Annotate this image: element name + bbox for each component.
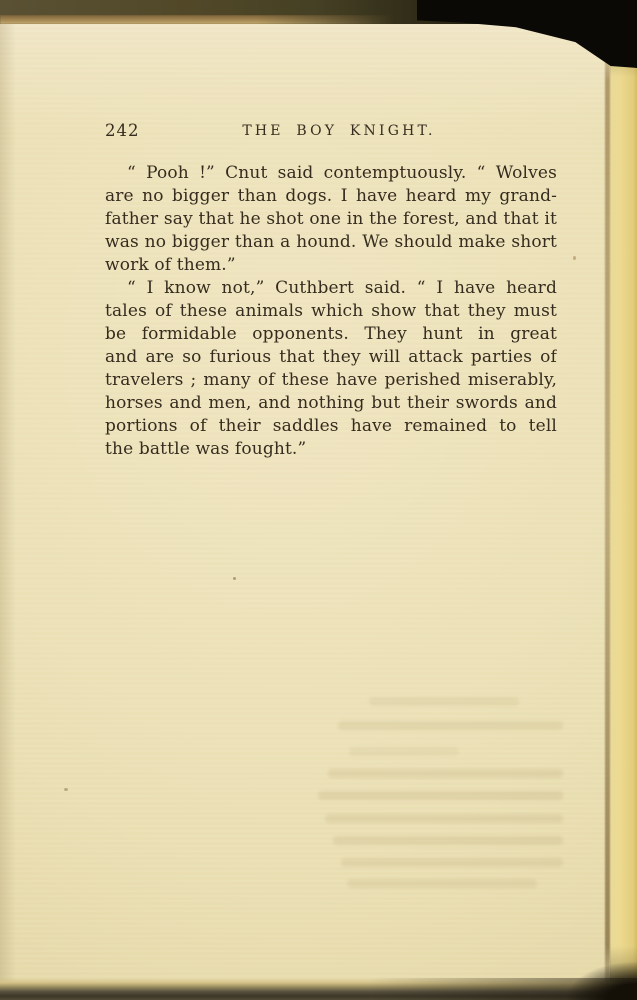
text-line: and are so furious that they will attack… — [105, 346, 557, 369]
text-line: “ Pooh !” Cnut said contemptuously. “ Wo… — [105, 162, 557, 185]
paper-speck — [64, 788, 68, 791]
text-line: travelers ; many of these have perished … — [105, 369, 557, 392]
paragraph: “ I know not,” Cuthbert said. “ I have h… — [105, 277, 557, 461]
text-line: tales of these animals which show that t… — [105, 300, 557, 323]
text-line: be formidable opponents. They hunt in gr… — [105, 323, 557, 346]
page-number: 242 — [105, 121, 140, 140]
text-line: portions of their saddles have remained … — [105, 415, 557, 438]
text-line: father say that he shot one in the fores… — [105, 208, 557, 231]
adjacent-page-edge — [610, 22, 637, 986]
ghost-text-line — [347, 879, 537, 888]
ghost-text-line — [338, 721, 563, 730]
left-edge-shadow — [0, 24, 16, 982]
running-header-title: THE BOY KNIGHT. — [105, 120, 573, 139]
book-page-scan: 242 THE BOY KNIGHT. “ Pooh !” Cnut said … — [0, 0, 637, 1000]
ghost-text-line — [328, 769, 563, 778]
book-top-edge-highlight — [0, 15, 395, 24]
text-line: was no bigger than a hound. We should ma… — [105, 231, 557, 254]
book-bottom-edge — [0, 978, 637, 1000]
text-line: work of them.” — [105, 254, 557, 277]
text-line: “ I know not,” Cuthbert said. “ I have h… — [105, 277, 557, 300]
ghost-text-line — [318, 791, 563, 800]
page-body: “ Pooh !” Cnut said contemptuously. “ Wo… — [105, 162, 557, 461]
ghost-text-line — [325, 814, 563, 823]
paragraph: “ Pooh !” Cnut said contemptuously. “ Wo… — [105, 162, 557, 277]
paper-speck — [233, 577, 236, 580]
paper-speck — [573, 256, 576, 260]
ghost-text-line — [333, 836, 563, 845]
dark-corner-top-right — [417, 0, 637, 68]
page-crease-line — [605, 24, 610, 984]
text-line: are no bigger than dogs. I have heard my… — [105, 185, 557, 208]
running-head: 242 THE BOY KNIGHT. — [105, 120, 573, 142]
ghost-text-line — [349, 747, 459, 756]
text-line: the battle was fought.” — [105, 438, 557, 461]
ghost-text-line — [369, 697, 519, 706]
dark-corner-bottom-right — [567, 962, 637, 1000]
ghost-text-line — [341, 858, 563, 867]
text-line: horses and men, and nothing but their sw… — [105, 392, 557, 415]
